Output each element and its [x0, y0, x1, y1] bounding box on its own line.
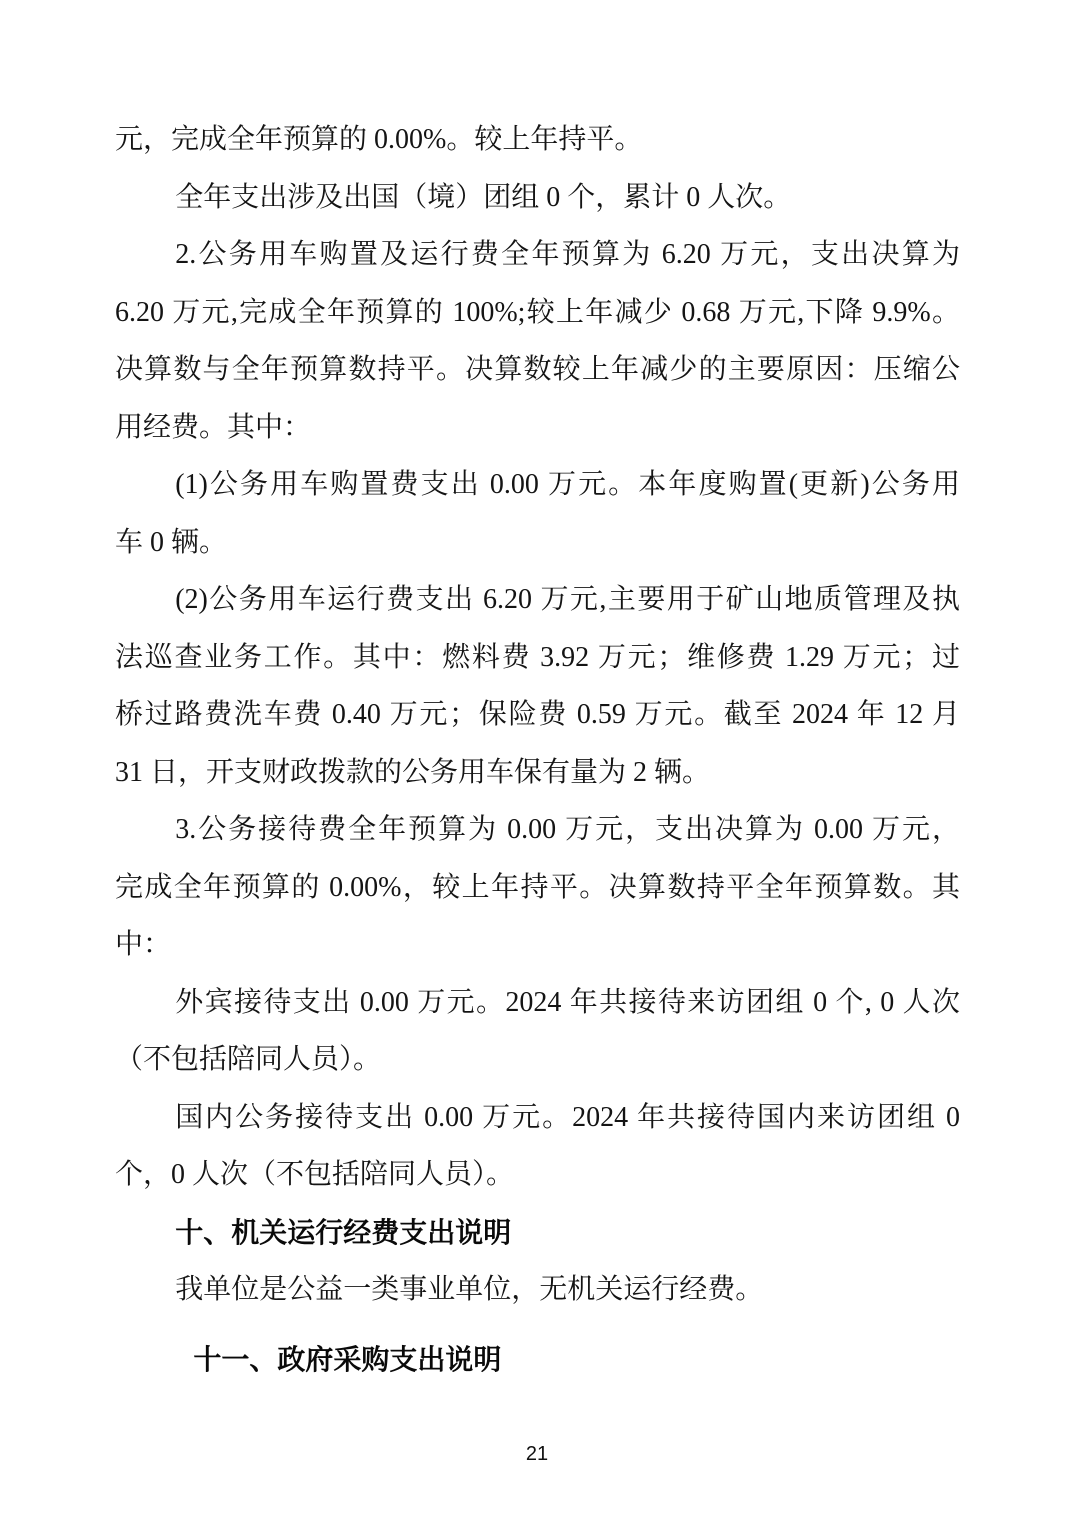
paragraph-line: 决算数与全年预算数持平。决算数较上年减少的主要原因：压缩公 — [115, 341, 960, 399]
paragraph-line: 3.公务接待费全年预算为 0.00 万元，支出决算为 0.00 万元， — [115, 801, 960, 859]
paragraph-line: 国内公务接待支出 0.00 万元。2024 年共接待国内来访团组 0 — [115, 1089, 960, 1147]
paragraph-line: 2.公务用车购置及运行费全年预算为 6.20 万元，支出决算为 — [115, 226, 960, 284]
page-number: 21 — [0, 1443, 1074, 1466]
paragraph-line: 31 日，开支财政拨款的公务用车保有量为 2 辆。 — [115, 744, 960, 802]
paragraph-line: 桥过路费洗车费 0.40 万元；保险费 0.59 万元。截至 2024 年 12… — [115, 686, 960, 744]
paragraph-line: 元，完成全年预算的 0.00%。较上年持平。 — [115, 111, 960, 169]
paragraph-line: 用经费。其中： — [115, 399, 960, 457]
paragraph-line: (1)公务用车购置费支出 0.00 万元。本年度购置(更新)公务用 — [115, 456, 960, 514]
paragraph-line: 外宾接待支出 0.00 万元。2024 年共接待来访团组 0 个, 0 人次 — [115, 974, 960, 1032]
paragraph-line: 6.20 万元,完成全年预算的 100%;较上年减少 0.68 万元,下降 9.… — [115, 284, 960, 342]
document-page: 元，完成全年预算的 0.00%。较上年持平。 全年支出涉及出国（境）团组 0 个… — [0, 0, 1074, 1520]
paragraph-line: (2)公务用车运行费支出 6.20 万元,主要用于矿山地质管理及执 — [115, 571, 960, 629]
section-heading-organ-operating-expense: 十、机关运行经费支出说明 — [115, 1204, 960, 1262]
paragraph-line: 我单位是公益一类事业单位，无机关运行经费。 — [115, 1261, 960, 1319]
section-heading-government-procurement: 十一、政府采购支出说明 — [115, 1331, 960, 1389]
paragraph-line: （不包括陪同人员）。 — [115, 1031, 960, 1089]
paragraph-line: 车 0 辆。 — [115, 514, 960, 572]
paragraph-line: 个，0 人次（不包括陪同人员）。 — [115, 1146, 960, 1204]
paragraph-line: 完成全年预算的 0.00%，较上年持平。决算数持平全年预算数。其 — [115, 859, 960, 917]
paragraph-line: 中： — [115, 916, 960, 974]
paragraph-line: 全年支出涉及出国（境）团组 0 个，累计 0 人次。 — [115, 169, 960, 227]
paragraph-line: 法巡查业务工作。其中：燃料费 3.92 万元；维修费 1.29 万元；过 — [115, 629, 960, 687]
